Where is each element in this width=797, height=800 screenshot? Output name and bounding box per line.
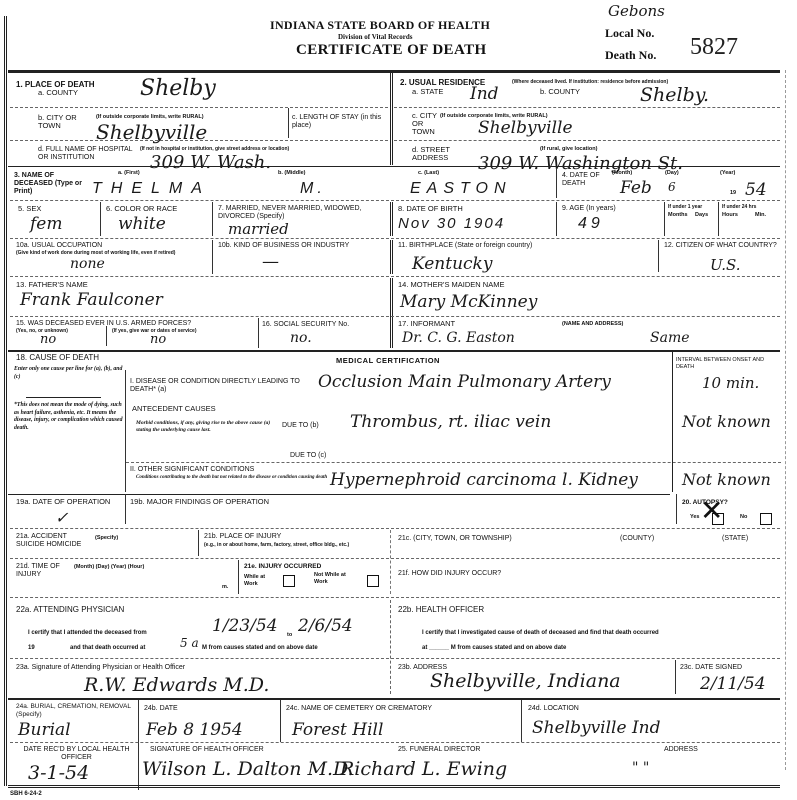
min-label: Min. <box>755 212 766 219</box>
informant-address-value: Same <box>650 330 690 346</box>
last-name-label: c. (Last) <box>418 170 439 177</box>
days-label: Days <box>695 212 708 219</box>
accident-specify: (Specify) <box>95 535 118 542</box>
location-label: 24d. LOCATION <box>528 705 579 713</box>
injury-time-m: m. <box>222 584 228 591</box>
dod-label: 4. DATE OF DEATH <box>562 172 607 188</box>
birthplace-label: 11. BIRTHPLACE (State or foreign country… <box>398 242 532 250</box>
dod-day-label: (Day) <box>665 170 679 177</box>
operation-date-check: ✓ <box>55 508 68 527</box>
autopsy-no-label: No <box>740 514 747 521</box>
under24-label: If under 24 hrs <box>722 204 756 211</box>
autopsy-no-checkbox[interactable] <box>760 513 772 525</box>
business-value: — <box>262 252 279 272</box>
middle-name-label: b. (Middle) <box>278 170 306 177</box>
form-code: SBH 6-24-2 <box>10 791 42 798</box>
res-county-label: b. COUNTY <box>540 88 580 96</box>
injury-place-note: (e.g., in or about home, farm, factory, … <box>204 542 349 549</box>
header-division: Division of Vital Records <box>338 33 412 41</box>
burial-date-value: Feb 8 1954 <box>146 720 243 740</box>
while-work-checkbox[interactable] <box>283 575 295 587</box>
line2-text: and that death occurred at <box>70 645 145 652</box>
dod-year-label: (Year) <box>720 170 735 177</box>
antecedent-note: Morbid conditions, if any, giving rise t… <box>136 420 286 434</box>
age-value: 49 <box>578 215 604 233</box>
location-value: Shelbyville Ind <box>532 718 661 738</box>
ho-text1: I certify that I investigated cause of d… <box>422 630 659 637</box>
res-city-value: Shelbyville <box>478 118 573 138</box>
dod-year-value: 54 <box>745 180 767 200</box>
dod-month-value: Feb <box>620 178 652 198</box>
interval-b-value: Not known <box>682 412 771 431</box>
pod-stay-label: c. LENGTH OF STAY (in this place) <box>292 114 384 130</box>
cause-note: *This does not mean the mode of dying, s… <box>14 402 124 432</box>
director-address-label: ADDRESS <box>664 746 698 754</box>
due-to-c-label: DUE TO (c) <box>290 452 326 460</box>
color-label: 6. COLOR OR RACE <box>106 205 177 213</box>
pod-county-label: a. COUNTY <box>38 89 78 97</box>
pod-institution-value: 309 W. Wash. <box>150 152 271 173</box>
injury-county-label: (COUNTY) <box>620 535 654 543</box>
col-divider-1-2 <box>390 72 393 165</box>
header-divider <box>8 70 780 73</box>
funeral-director-label: 25. FUNERAL DIRECTOR <box>398 746 480 754</box>
under1-label: If under 1 year <box>668 204 702 211</box>
dob-value: Nov 30 1904 <box>398 215 505 232</box>
dod-day-value: 6 <box>668 180 676 194</box>
cemetery-value: Forest Hill <box>292 720 383 740</box>
res-state-value: Ind <box>470 84 499 104</box>
citizen-label: 12. CITIZEN OF WHAT COUNTRY? <box>664 242 779 250</box>
father-label: 13. FATHER'S NAME <box>16 281 88 289</box>
date-signed-label: 23c. DATE SIGNED <box>680 664 742 672</box>
father-value: Frank Faulconer <box>20 290 163 310</box>
dod-year-prefix: 19 <box>730 190 736 197</box>
physician-certify-text: I certify that I attended the deceased f… <box>28 630 147 637</box>
interval-other-value: Not known <box>682 470 771 489</box>
part2-label: II. OTHER SIGNIFICANT CONDITIONS <box>130 466 254 474</box>
antecedent-label: ANTECEDENT CAUSES <box>132 405 216 413</box>
middle-name-value: M. <box>300 180 326 198</box>
injury-city-label: 21c. (CITY, TOWN, OR TOWNSHIP) <box>398 535 512 543</box>
burial-type-value: Burial <box>18 720 71 740</box>
address-value: Shelbyville, Indiana <box>430 670 621 692</box>
physician-label: 22a. ATTENDING PHYSICIAN <box>16 606 124 614</box>
date-recd-value: 3-1-54 <box>28 762 89 784</box>
cause-instr: Enter only one cause per line for (a), (… <box>14 366 124 381</box>
sex-label: 5. SEX <box>18 205 41 213</box>
hours-label: Hours <box>722 212 738 219</box>
birthplace-value: Kentucky <box>412 254 492 274</box>
operation-date-label: 19a. DATE OF OPERATION <box>16 498 121 506</box>
header-title: INDIANA STATE BOARD OF HEALTH <box>270 18 490 33</box>
sig-label: 23a. Signature of Attending Physician or… <box>16 664 185 672</box>
death-no-value: 5827 <box>690 34 738 61</box>
sex-value: fem <box>30 214 62 234</box>
line2-prefix: 19 <box>28 645 35 652</box>
header-certificate: CERTIFICATE OF DEATH <box>296 42 487 59</box>
marital-label: 7. MARRIED, NEVER MARRIED, WIDOWED, DIVO… <box>218 205 383 221</box>
ho-signature-label: SIGNATURE OF HEALTH OFFICER <box>150 746 264 754</box>
armed-forces-label: 15. WAS DECEASED EVER IN U.S. ARMED FORC… <box>16 320 191 328</box>
accident-label: 21a. ACCIDENT SUICIDE HOMICIDE <box>16 533 86 549</box>
res-street-value: 309 W. Washington St. <box>478 153 683 174</box>
attended-to-value: 2/6/54 <box>298 616 353 636</box>
burial-date-label: 24b. DATE <box>144 705 178 713</box>
injury-state-label: (STATE) <box>722 535 748 543</box>
informant-addr-label: (NAME AND ADDRESS) <box>562 321 623 328</box>
death-time-value: 5 a <box>180 636 199 650</box>
cemetery-label: 24c. NAME OF CEMETERY OR CREMATORY <box>286 705 432 713</box>
war-value: no <box>150 332 166 347</box>
burial-type-label: 24a. BURIAL, CREMATION, REMOVAL (Specify… <box>16 703 136 719</box>
res-county-value: Shelby. <box>640 84 709 106</box>
informant-value: Dr. C. G. Easton <box>402 330 515 346</box>
ho-signature-value: Wilson L. Dalton M.D. <box>142 758 354 780</box>
ssn-label: 16. SOCIAL SECURITY No. <box>262 321 349 329</box>
director-address-value: " " <box>632 760 649 776</box>
citizen-value: U.S. <box>710 256 741 274</box>
injury-occurred-label: 21e. INJURY OCCURRED <box>244 564 321 571</box>
right-border <box>785 70 786 770</box>
pod-county-value: Shelby <box>140 76 216 101</box>
last-name-value: EASTON <box>410 180 512 198</box>
attended-to-label: to <box>287 632 292 639</box>
cause-b-value: Thrombus, rt. iliac vein <box>350 412 551 432</box>
res-state-label: a. STATE <box>412 88 443 96</box>
mother-value: Mary McKinney <box>400 292 537 312</box>
occupation-value: none <box>70 256 105 272</box>
funeral-director-value: Richard L. Ewing <box>340 758 507 780</box>
while-work-label: While at Work <box>244 574 280 587</box>
injury-place-label: 21b. PLACE OF INJURY <box>204 533 281 541</box>
attended-from-value: 1/23/54 <box>212 616 278 636</box>
marital-value: married <box>228 220 289 238</box>
top-right-note: Gebons <box>608 2 665 20</box>
mother-label: 14. MOTHER'S MAIDEN NAME <box>398 281 504 289</box>
first-name-value: THELMA <box>92 180 211 198</box>
part2-note: Conditions contributing to the death but… <box>136 475 336 482</box>
left-border <box>4 16 7 786</box>
cause-a-value: Occlusion Main Pulmonary Artery <box>318 372 611 392</box>
line2-suffix: M from causes stated and on above date <box>202 645 318 652</box>
how-injury-label: 21f. HOW DID INJURY OCCUR? <box>398 570 501 578</box>
date-signed-value: 2/11/54 <box>700 674 766 694</box>
cause-of-death-label: 18. CAUSE OF DEATH <box>16 354 99 362</box>
dob-label: 8. DATE OF BIRTH <box>398 205 463 213</box>
interval-label: INTERVAL BETWEEN ONSET AND DEATH <box>676 357 781 370</box>
color-value: white <box>118 214 166 234</box>
interval-a-value: 10 min. <box>702 374 759 392</box>
res-city-label: c. CITY OR TOWN <box>412 112 442 136</box>
part1-label: I. DISEASE OR CONDITION DIRECTLY LEADING… <box>130 378 320 394</box>
health-officer-label: 22b. HEALTH OFFICER <box>398 606 484 614</box>
age-label: 9. AGE (In years) <box>562 205 616 213</box>
physician-signature: R.W. Edwards M.D. <box>84 674 269 696</box>
ho-text2: at ______ M from causes stated and on ab… <box>422 645 566 652</box>
business-label: 10b. KIND OF BUSINESS OR INDUSTRY <box>218 242 383 250</box>
not-while-work-checkbox[interactable] <box>367 575 379 587</box>
injury-time-label: 21d. TIME OF INJURY <box>16 563 76 579</box>
autopsy-cross-mark: ✕ <box>700 494 723 527</box>
autopsy-yes-label: Yes <box>690 514 699 521</box>
armed-forces-value: no <box>40 332 56 347</box>
death-no-label: Death No. <box>605 48 656 63</box>
dod-month-label: (Month) <box>612 170 632 177</box>
pod-institution-label: d. FULL NAME OF HOSPITAL OR INSTITUTION <box>38 146 138 162</box>
occupation-label: 10a. USUAL OCCUPATION <box>16 242 102 250</box>
injury-time-cols: (Month) (Day) (Year) (Hour) <box>74 564 144 571</box>
other-conditions-value: Hypernephroid carcinoma l. Kidney <box>330 470 638 490</box>
ssn-value: no. <box>290 330 312 346</box>
res-street-note: (If rural, give location) <box>540 146 597 153</box>
medical-section-label: MEDICAL CERTIFICATION <box>336 356 440 365</box>
not-while-work-label: Not While at Work <box>314 572 354 585</box>
date-recd-label: DATE REC'D BY LOCAL HEALTH OFFICER <box>14 746 139 762</box>
months-label: Months <box>668 212 688 219</box>
local-no-label: Local No. <box>605 26 654 41</box>
pod-city-label: b. CITY OR TOWN <box>38 114 88 130</box>
res-street-label: d. STREET ADDRESS <box>412 146 460 162</box>
name-label: 3. NAME OF DECEASED (Type or Print) <box>14 172 84 196</box>
first-name-label: a. (First) <box>118 170 140 177</box>
informant-label: 17. INFORMANT <box>398 320 455 328</box>
due-to-b-label: DUE TO (b) <box>282 422 319 430</box>
findings-label: 19b. MAJOR FINDINGS OF OPERATION <box>130 498 269 506</box>
